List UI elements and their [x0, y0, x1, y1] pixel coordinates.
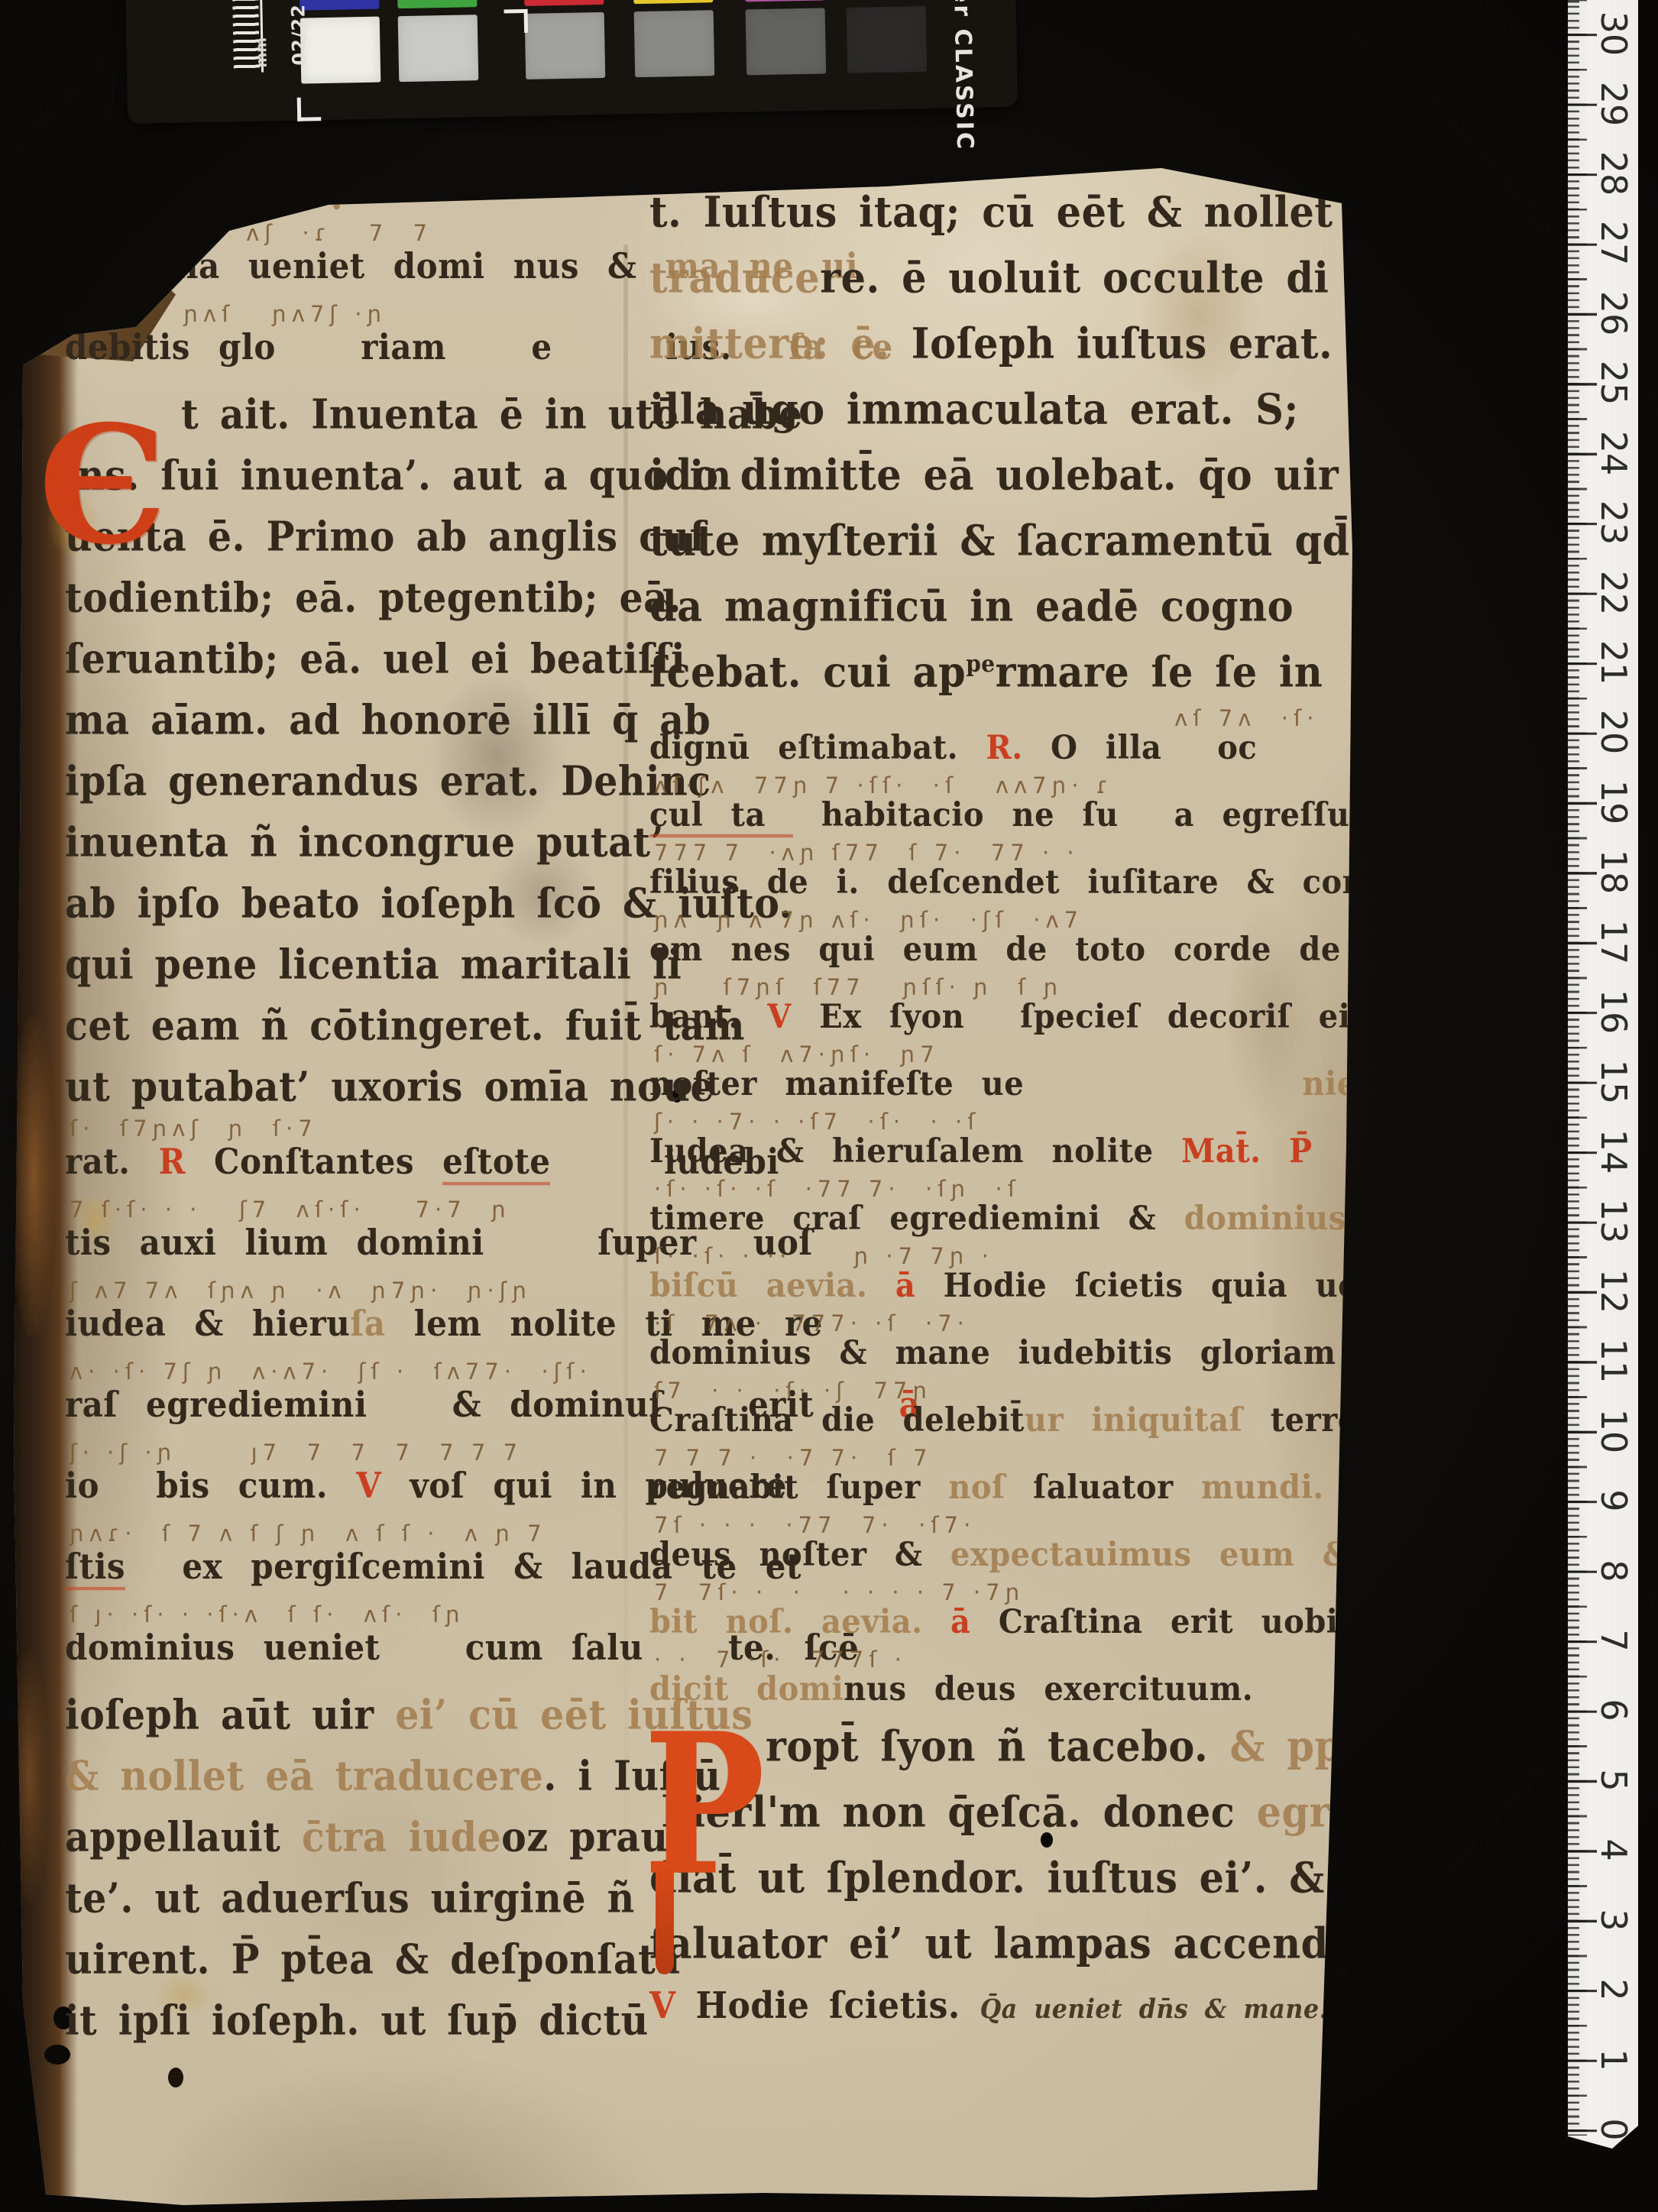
manuscript-line: ʃ· · ·7· · ·ſ7 ·ſ· · ·ſIudea & hieruſale…: [649, 1109, 1268, 1176]
color-patch: [299, 0, 380, 11]
text-segment: expectauimus eum & ſalua: [950, 1535, 1467, 1574]
manuscript-line: ʃ ſ· ɲ 7 ʌʃ ·ɾ 7 7tis quia ueniet domi n…: [65, 220, 609, 301]
ruler-number: 15: [1591, 1059, 1637, 1105]
text-segment: Hodie ſcietis quia ueniet: [944, 1266, 1427, 1305]
text-segment: ce: [771, 254, 821, 303]
text-segment: io bis cum.: [65, 1465, 356, 1506]
text-segment: ſaluator ei’ ut lampas accendat̄.: [649, 1919, 1387, 1969]
text-segment: Ioſeph iuſtus erat. &: [912, 319, 1390, 369]
color-patch: [300, 17, 381, 84]
ruler-number: 7: [1591, 1618, 1637, 1663]
manuscript-line: ipſa generandus erat. Dehinc: [65, 749, 609, 810]
text-segment: inuenta ñ incongrue putat’: [65, 818, 664, 866]
manuscript-line: mittere: ē. Ioſeph iuſtus erat. &: [649, 311, 1268, 377]
text-segment: qui pene licentia maritali li: [65, 941, 682, 989]
text-segment: R.: [958, 728, 1023, 767]
scale-label: 02/22: [287, 4, 310, 66]
text-segment: ido dimitt̄e eā uolebat. q̄o uir: [649, 451, 1339, 500]
text-segment: om nes qui eum de toto corde de ſidera: [649, 930, 1500, 969]
text-segment: Cap̄: [1253, 1670, 1404, 1708]
text-segment: niet.: [1024, 1064, 1438, 1103]
text-segment: appellauit: [65, 1813, 302, 1861]
text-segment: Conſtantes: [214, 1142, 442, 1182]
text-segment: iudea & hieru: [65, 1304, 350, 1344]
color-checker-label: er CLASSIC: [948, 0, 978, 151]
ruler-number: 21: [1591, 640, 1637, 685]
text-segment: cul ta: [649, 795, 793, 837]
neume-row: ·ſ· ·ſ· ·ſ ·77 7· ·ſɲ ·ſ: [654, 1176, 1021, 1202]
manuscript-line: ʌſ 7ʌ ·ſ·dignū eſtimabat. R. O illa oc: [649, 705, 1268, 772]
text-segment: Ex ſyon ſpecieſ decoriſ eiuſ deus: [819, 997, 1496, 1036]
neume-row: 7 7 7 · ·7 7· ſ 7: [654, 1445, 933, 1471]
manuscript-line: ·ſ 7ʌ · 777· ·ſ ·7·dominius & mane iudeb…: [649, 1310, 1268, 1378]
manuscript-line: · ño die ·: [65, 176, 609, 220]
manuscript-line: 7 ſ·ſ· · · ʃ7 ʌſ·ſ· 7·7 ɲtis auxi lium d…: [65, 1197, 609, 1278]
text-segment: c̄tra iude: [302, 1813, 501, 1861]
neume-row: ſ7 · · ·ſ· ·ʃ 77ɲ: [654, 1378, 932, 1404]
color-patch: [746, 8, 827, 75]
corner-bracket-icon: [504, 9, 529, 34]
manuscript-line: inuenta ñ incongrue putat’: [65, 810, 609, 871]
manuscript-line: 7 7 7 · ·7 7· ſ 7regnabit ſuper noſ ſalu…: [649, 1445, 1268, 1512]
manuscript-line: ut putabat’ uxoris omīa noue: [65, 1054, 609, 1116]
manuscript-line: 7 7ſ· · · · · · · 7 ·7ɲbit noſ. aevia. ā…: [649, 1579, 1268, 1647]
manuscript-line: ɲʌɾ· ſ 7 ʌ ſ ʃ ɲ ʌ ſ ſ · ʌ ɲ 7ſtis ex pe…: [65, 1521, 609, 1602]
manuscript-line: it ipſi ioſeph. ut ſup̄ dictū: [65, 1988, 609, 2049]
ruler-number: 9: [1591, 1478, 1637, 1524]
neume-row: ʃ· · ·7· · ·ſ7 ·ſ· · ·ſ: [654, 1109, 980, 1135]
ruler-number: 12: [1591, 1268, 1637, 1314]
manuscript-line: ſ· ſ7ɲʌʃ ɲ ſ·7rat. R Conſtantes eſtote i…: [65, 1116, 609, 1197]
manuscript-line: ſ ȷ· ·ſ· · ·ſ·ʌ ſ ſ· ʌſ· ſɲdominius ueni…: [65, 1602, 609, 1682]
color-patch: [525, 12, 606, 79]
text-segment: re. ē uoluit occulte di: [820, 254, 1329, 303]
neume-row: ·ſ 7ʌ · 777· ·ſ ·7·: [654, 1310, 970, 1336]
text-segment: ſtis: [65, 1546, 125, 1590]
manuscript-line: ioſeph aūt uir ei’ cū eēt iuſtus: [65, 1682, 609, 1744]
neume-row: ſ· ·ſ· · ·· ɲ ·7 7ɲ ·: [654, 1243, 994, 1269]
text-segment: V: [649, 1985, 695, 2027]
manuscript-line: ſ7 · · ·ſ· ·ʃ 77ɲCraſtina die delebit̄ur…: [649, 1378, 1268, 1445]
text-segment: tradu: [649, 254, 771, 303]
ruler-number: 30: [1591, 11, 1637, 57]
color-patch: [397, 0, 478, 8]
ruler-number: 8: [1591, 1548, 1637, 1594]
text-segment: ut putabat’ uxoris omīa noue: [65, 1063, 714, 1111]
text-segment: habitacio ne ſu a egreſſus eſt: [793, 795, 1443, 834]
color-patch: [847, 6, 928, 73]
text-segment: ſeruantib; eā. uel ei beatiſſi: [65, 635, 685, 683]
ruler-number: 20: [1591, 709, 1637, 755]
ruler-number: 28: [1591, 151, 1637, 196]
text-segment: mundi.: [1201, 1468, 1324, 1507]
photographic-ruler: 0123456789101112131415161718192021222324…: [1568, 0, 1638, 2150]
text-segment: it ipſi ioſeph. ut ſup̄ dictū: [65, 1997, 649, 2045]
text-segment: bit noſ. aevia.: [649, 1602, 950, 1641]
manuscript-line: V Hodie ſcietis. Q̄a ueniet dn̄s & mane.…: [649, 1977, 1268, 2032]
neume-row: ɲʌɾ· ſ 7 ʌ ſ ʃ ɲ ʌ ſ ſ · ʌ ɲ 7: [70, 1521, 547, 1546]
manuscript-line: qui pene licentia maritali li: [65, 932, 609, 993]
manuscript-line: tute myſterii & ſacramentū qd̄: [649, 508, 1268, 574]
manuscript-line: ſ 7 7 ɲʌſ ɲʌ7ʃ ·ɲdebitis glo riam e ius.…: [65, 301, 609, 382]
ruler-number: 22: [1591, 570, 1637, 616]
ruler-number: 3: [1591, 1897, 1637, 1943]
text-segment: · ño die ·: [65, 184, 343, 220]
manuscript-line: ab ipſo beato ioſeph ſcō & iuſto.: [65, 871, 609, 932]
text-segment: Q̄a ueniet dn̄s & mane. v. g.: [980, 1994, 1408, 2025]
text-segment: dominius: [1184, 1199, 1346, 1238]
text-segment: tute myſterii & ſacramentū qd̄: [649, 517, 1350, 566]
text-segment: timere craſ egrediemini &: [649, 1199, 1184, 1238]
manuscript-line: & nollet eā traducere. i Iuſtū: [65, 1744, 609, 1805]
color-patch: [633, 0, 714, 4]
text-segment: Craſtina erit uobiſ ſalus: [999, 1602, 1465, 1641]
manuscript-line: te’. ut aduerſus uirginē ñ: [65, 1866, 609, 1927]
text-segment: Iudea & hieruſalem nolite: [649, 1132, 1181, 1171]
neume-row: ʌ· ·ſ· 7ʃ ɲ ʌ·ʌ7· ʃſ · ſʌ77· ·ʃſ·: [70, 1359, 592, 1385]
text-segment: noſ: [948, 1468, 1033, 1507]
color-patch: [398, 15, 479, 82]
manuscript-line: ſeruantib; eā. uel ei beatiſſi: [65, 627, 609, 688]
text-segment: cet eam ñ cōtingeret. fuit̄ tam̄: [65, 1002, 745, 1050]
text-segment: regnabit ſuper: [649, 1468, 948, 1507]
ruler-number: 26: [1591, 290, 1637, 336]
text-segment: V: [767, 997, 819, 1036]
color-patch: [523, 0, 604, 6]
manuscript-line: ʃ· ·ʃ ·ɲ ȷ7 7 7 7 7 7 7io bis cum. V voſ…: [65, 1440, 609, 1521]
text-segment: rat.: [65, 1142, 159, 1182]
ruler-number: 24: [1591, 430, 1637, 476]
ruler-number: 5: [1591, 1757, 1637, 1803]
ruler-number: 11: [1591, 1338, 1637, 1384]
neume-row: ɲ ſ7ɲſ ſ77 ɲſſ· ɲ ſ ɲ: [654, 974, 1063, 1000]
manuscript-line: ſ· ·ſ· · ·· ɲ ·7 7ɲ ·biſcū aevia. ā Hodi…: [649, 1243, 1268, 1310]
neume-row: ʃ· ·ʃ ·ɲ ȷ7 7 7 7 7 7 7: [70, 1440, 523, 1465]
ruler-number: 16: [1591, 989, 1637, 1035]
neume-row: ſ ȷ· ·ſ· · ·ſ·ʌ ſ ſ· ʌſ· ſɲ: [70, 1602, 465, 1627]
text-segment: rmare ſe ſe in: [996, 648, 1323, 698]
ruler-number: 0: [1591, 2107, 1637, 2152]
manuscript-line: ʌ· ·ſ· 7ʃ ɲ ʌ·ʌ7· ʃſ · ſʌ77· ·ʃſ·raſ egr…: [65, 1359, 609, 1440]
ruler-number: 18: [1591, 849, 1637, 895]
text-segment: Hodie ſcietis.: [695, 1985, 980, 2027]
text-segment: & nollet eā traducere: [65, 1752, 543, 1800]
text-segment: re: ē.: [768, 319, 911, 369]
text-segment: O illa oc: [1023, 728, 1258, 767]
text-segment: R: [159, 1142, 215, 1182]
ink-blot: [168, 2068, 183, 2087]
neume-row: ſ 7 7 ɲʌſ ɲʌ7ʃ ·ɲ: [70, 301, 387, 327]
manuscript-line: ɲʌ ɲ ʌ 7ɲ ʌſ· ɲſ· ·ʃſ ·ʌ7om nes qui eum …: [649, 907, 1268, 974]
text-segment: t. Iuſtus itaq; cū eēt & nollet eā: [649, 188, 1405, 238]
manuscript-line: ma aīam. ad honorē illī q̄ ab: [65, 688, 609, 749]
neume-row: ſ· 7ʌ ſ ʌ7·ɲſ· ɲ7: [654, 1041, 940, 1067]
manuscript-line: appellauit c̄tra iudeoz praui: [65, 1805, 609, 1866]
ruler-number: 25: [1591, 360, 1637, 406]
text-segment: noſter manifeſte ue: [649, 1064, 1024, 1103]
text-segment: ā: [895, 1266, 944, 1305]
ruler-number: 19: [1591, 779, 1637, 825]
initial-E: Є: [38, 406, 167, 563]
text-segment: ma aīam. ad honorē illī q̄ ab: [65, 696, 711, 744]
text-segment: ſa: [350, 1304, 385, 1344]
text-segment: terre &: [1242, 1401, 1414, 1440]
manuscript-line: ɲ ſ7ɲſ ſ77 ɲſſ· ɲ ſ ɲbant. V Ex ſyon ſpe…: [649, 974, 1268, 1041]
ruler-number: 14: [1591, 1129, 1637, 1174]
text-segment: deus noſter &: [649, 1535, 950, 1574]
photo-canvas: { "photo": { "background_color": "#0d0b0…: [0, 0, 1658, 2212]
color-checker-chart: 02/22 mm er CLASSIC: [125, 0, 1018, 124]
manuscript-line: ſcebat. cui appermare ſe ſe in: [649, 640, 1268, 705]
text-segment: ipſa generandus erat. Dehinc: [65, 757, 711, 805]
manuscript-line: t. Iuſtus itaq; cū eēt & nollet eā: [649, 180, 1268, 245]
neume-row: ʃ ʌ7 7ʌ ſɲʌ ɲ ·ʌ ɲ7ɲ· ɲ·ʃɲ: [70, 1278, 532, 1304]
text-segment: ā: [1324, 1468, 1400, 1507]
text-segment: dominius & mane iudebitis gloriam ei: [649, 1333, 1396, 1372]
text-segment: filius de i. deſcendet iuſitare & conſol…: [649, 863, 1460, 902]
text-segment: biſcū: [649, 1266, 766, 1305]
text-segment: ā: [950, 1602, 999, 1641]
ruler-number: 29: [1591, 81, 1637, 127]
text-segment: uirent. P̄ pt̄ea & deſponſata: [65, 1935, 681, 1984]
color-patch: [744, 0, 825, 2]
manuscript-line: ido dimitt̄e eā uolebat. q̄o uir: [649, 442, 1268, 508]
manuscript-line: ʃ ʌ7 7ʌ ſɲʌ ɲ ·ʌ ɲ7ɲ· ɲ·ʃɲiudea & hieruſ…: [65, 1278, 609, 1359]
manuscript-line: illa ūgo immaculata erat. S;: [649, 377, 1268, 442]
ruler-number: 6: [1591, 1687, 1637, 1733]
manuscript-line: 7ſ · · · ·77 7· ·ſ7·deus noſter & expect…: [649, 1512, 1268, 1579]
text-segment: ioſeph aūt uir: [65, 1691, 395, 1739]
text-segment: Ecce: [1400, 1468, 1482, 1507]
ruler-number: 13: [1591, 1198, 1637, 1244]
text-segment: ropt̄ ſyon ñ tacebo.: [766, 1722, 1230, 1772]
leather-patch: [9, 1650, 49, 1903]
text-segment: nus deus exercituum.: [844, 1670, 1253, 1708]
text-segment: ns. ſui inuenta’. aut a quo in: [77, 452, 732, 500]
text-segment: dignū eſtimabat.: [649, 728, 958, 767]
neume-row: 7 7ſ· · · · · · · 7 ·7ɲ: [654, 1579, 1025, 1605]
text-segment: aevia.: [766, 1266, 895, 1305]
leather-patch: [12, 1016, 55, 1337]
ruler-number: 23: [1591, 500, 1637, 546]
corner-bracket-icon: [297, 97, 322, 121]
text-segment: tis quia ueniet domi nus &: [65, 246, 665, 287]
neume-row: · · 7 ·ſ· 777ſ ·: [654, 1647, 907, 1673]
text-segment: te’. ut aduerſus uirginē ñ: [65, 1874, 635, 1922]
color-patch: [634, 10, 715, 77]
text-segment: eſtote: [442, 1142, 550, 1185]
text-segment: Mat̄. P̄: [1181, 1132, 1313, 1171]
manuscript-line: da magnificū in eadē cogno: [649, 574, 1268, 640]
neume-row: ſ· ſ7ɲʌʃ ɲ ſ·7: [70, 1116, 318, 1142]
ruler-number: 27: [1591, 220, 1637, 266]
text-segment: erit uo: [1346, 1199, 1508, 1238]
ruler-number: 1: [1591, 2037, 1637, 2083]
ruler-number: 10: [1591, 1408, 1637, 1454]
ruler-number: 17: [1591, 919, 1637, 965]
text-segment: Craſtina die delebit̄: [649, 1401, 1025, 1440]
text-segment: ur iniquitaſ: [1025, 1401, 1242, 1440]
manuscript-line: ·ſ· ·ſ· ·ſ ·77 7· ·ſɲ ·ſtimere craſ egre…: [649, 1176, 1268, 1243]
text-segment: ſaluator: [1033, 1468, 1201, 1507]
initial-P: P: [643, 1713, 765, 1896]
text-segment: egre: [1257, 1788, 1355, 1838]
text-segment: da magnificū in eadē cogno: [649, 582, 1294, 632]
text-segment: illa ūgo immaculata erat. S;: [649, 385, 1299, 435]
manuscript-line: ʌſ·ʃʌ 77ɲ 7 ·ſſ· ·ſ ʌʌ7ɲ· ɾcul ta habita…: [649, 772, 1268, 840]
manuscript-line: uirent. P̄ pt̄ea & deſponſata: [65, 1927, 609, 1988]
text-segment: bant.: [649, 997, 767, 1036]
manuscript-line: cet eam ñ cōtingeret. fuit̄ tam̄: [65, 993, 609, 1054]
unit-label: mm: [253, 37, 270, 68]
neume-row: ʌſ·ʃʌ 77ɲ 7 ·ſſ· ·ſ ʌʌ7ɲ· ɾ: [654, 772, 1113, 798]
text-segment: ſcebat. cui ap: [649, 648, 966, 698]
neume-row: 777 7 ·ʌɲ ſ77 ſ 7· 77 · ·: [654, 840, 1080, 866]
text-segment: todientib; eā. ptegentib; eā.: [65, 574, 682, 622]
ruler-number: 2: [1591, 1967, 1637, 2013]
text-segment: pe: [966, 650, 995, 678]
text-segment: V: [356, 1465, 410, 1506]
neume-row: ʌſ 7ʌ ·ſ·: [654, 705, 1319, 731]
ruler-number: 4: [1591, 1827, 1637, 1873]
neume-row: 7ſ · · · ·77 7· ·ſ7·: [654, 1512, 976, 1538]
manuscript-page: Є P · ño die ·ʃ ſ· ɲ 7 ʌʃ ·ɾ 7 7tis quia…: [0, 0, 1368, 2212]
manuscript-line: 777 7 ·ʌɲ ſ77 ſ 7· 77 · ·filius de i. de…: [649, 840, 1268, 907]
text-segment: mitte: [649, 319, 768, 369]
manuscript-line: ſ· 7ʌ ſ ʌ7·ɲſ· ɲ7noſter manifeſte ue nie…: [649, 1041, 1268, 1109]
text-segment: us.: [1396, 1333, 1447, 1372]
text-segment: & ppter: [1230, 1722, 1407, 1772]
neume-row: 7 ſ·ſ· · · ʃ7 ʌſ·ſ· 7·7 ɲ: [70, 1197, 511, 1223]
manuscript-line: traducere. ē uoluit occulte di: [649, 245, 1268, 311]
manuscript-line: ſaluator ei’ ut lampas accendat̄.: [649, 1911, 1268, 1977]
neume-row: ʃ ſ· ɲ 7 ʌʃ ·ɾ 7 7: [70, 220, 432, 246]
neume-row: ɲʌ ɲ ʌ 7ɲ ʌſ· ɲſ· ·ʃſ ·ʌ7: [654, 907, 1083, 933]
